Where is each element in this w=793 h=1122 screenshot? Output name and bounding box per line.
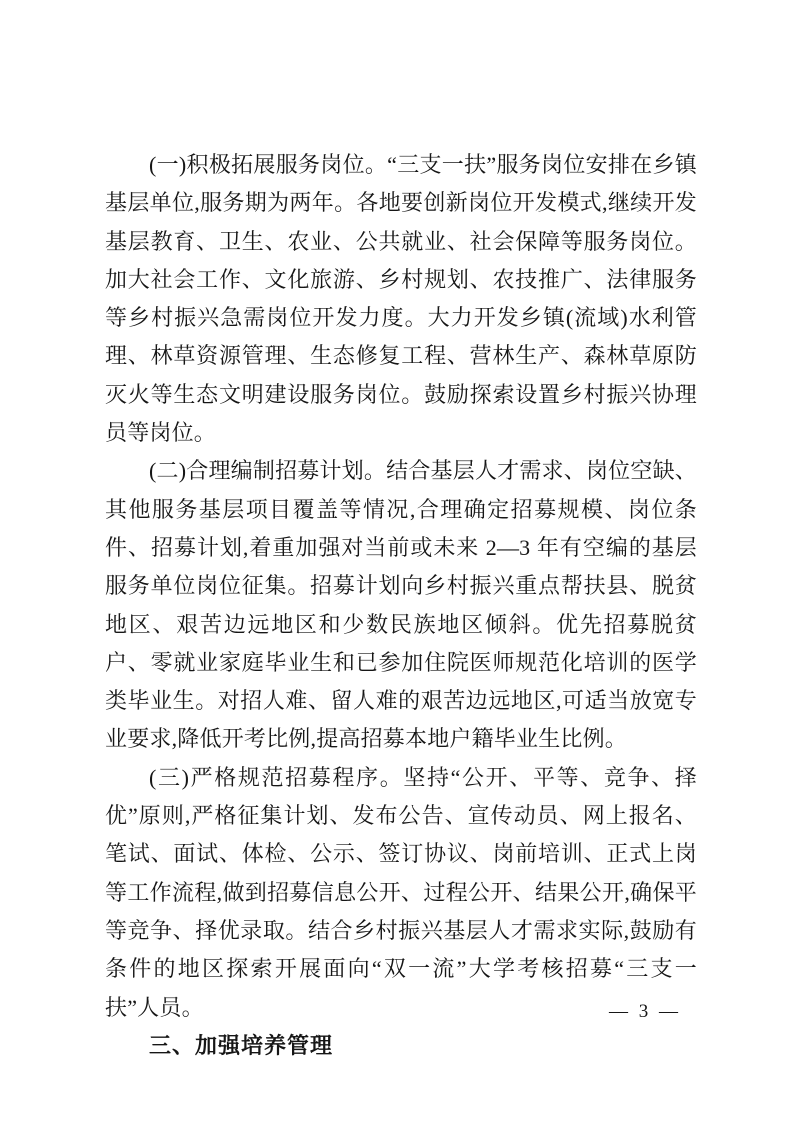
paragraph-recruitment-plan: (二)合理编制招募计划。结合基层人才需求、岗位空缺、其他服务基层项目覆盖等情况,… <box>105 452 697 758</box>
page-number: — 3 — <box>609 1000 681 1024</box>
section-heading-training-management: 三、加强培养管理 <box>105 1027 697 1065</box>
document-body: (一)积极拓展服务岗位。“三支一扶”服务岗位安排在乡镇基层单位,服务期为两年。各… <box>105 146 697 1065</box>
document-page: (一)积极拓展服务岗位。“三支一扶”服务岗位安排在乡镇基层单位,服务期为两年。各… <box>0 0 793 1122</box>
paragraph-expand-service-posts: (一)积极拓展服务岗位。“三支一扶”服务岗位安排在乡镇基层单位,服务期为两年。各… <box>105 146 697 452</box>
paragraph-recruitment-procedure: (三)严格规范招募程序。坚持“公开、平等、竞争、择优”原则,严格征集计划、发布公… <box>105 759 697 1027</box>
